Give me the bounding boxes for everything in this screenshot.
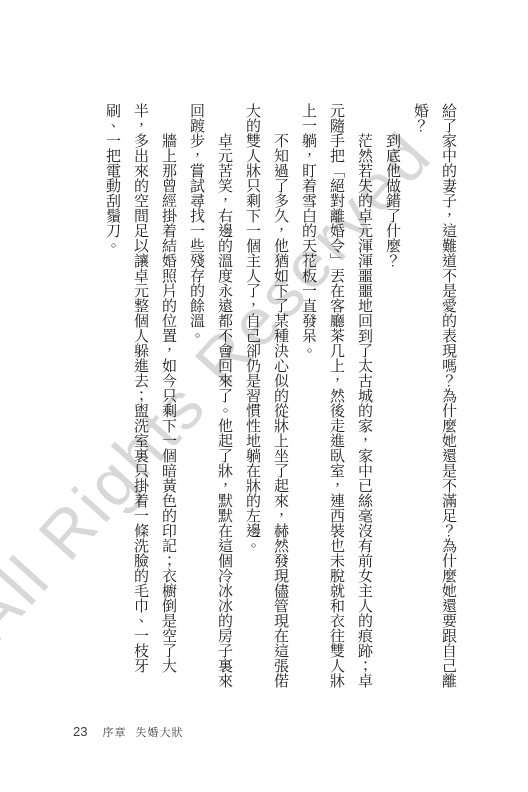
paragraph: 不知過了多久，他猶如下了某種決心似的從牀上坐了起來，赫然發現儘管現在這張偌大的雙…: [238, 103, 294, 691]
paragraph: 給了家中的妻子，這難道不是愛的表現嗎？為什麼她還是不滿足？為什麼她還要跟自己離婚…: [406, 103, 462, 691]
paragraph: 到底他做錯了什麼？: [378, 103, 406, 691]
paragraph: 牆上那曾經掛着結婚照片的位置，如今只剩下一個暗黃色的印記；衣櫥倒是空了大半，多出…: [98, 103, 182, 691]
page-number: 23: [73, 724, 87, 739]
book-page: All Rights Reserved 給了家中的妻子，這難道不是愛的表現嗎？為…: [0, 0, 528, 792]
page-footer: 23 序章 失婚大狀: [73, 724, 183, 740]
paragraph: 卓元苦笑，右邊的溫度永遠都不會回來了。他起了牀，默默在這個冷冰冰的房子裏來回踱步…: [182, 103, 238, 691]
chapter-title: 失婚大狀: [135, 724, 183, 740]
chapter-label: 序章: [102, 724, 126, 740]
body-text: 給了家中的妻子，這難道不是愛的表現嗎？為什麼她還是不滿足？為什麼她還要跟自己離婚…: [98, 103, 462, 691]
paragraph: 茫然若失的卓元渾渾噩噩地回到了太古城的家，家中已絲毫沒有前女主人的痕跡；卓元隨手…: [294, 103, 378, 691]
